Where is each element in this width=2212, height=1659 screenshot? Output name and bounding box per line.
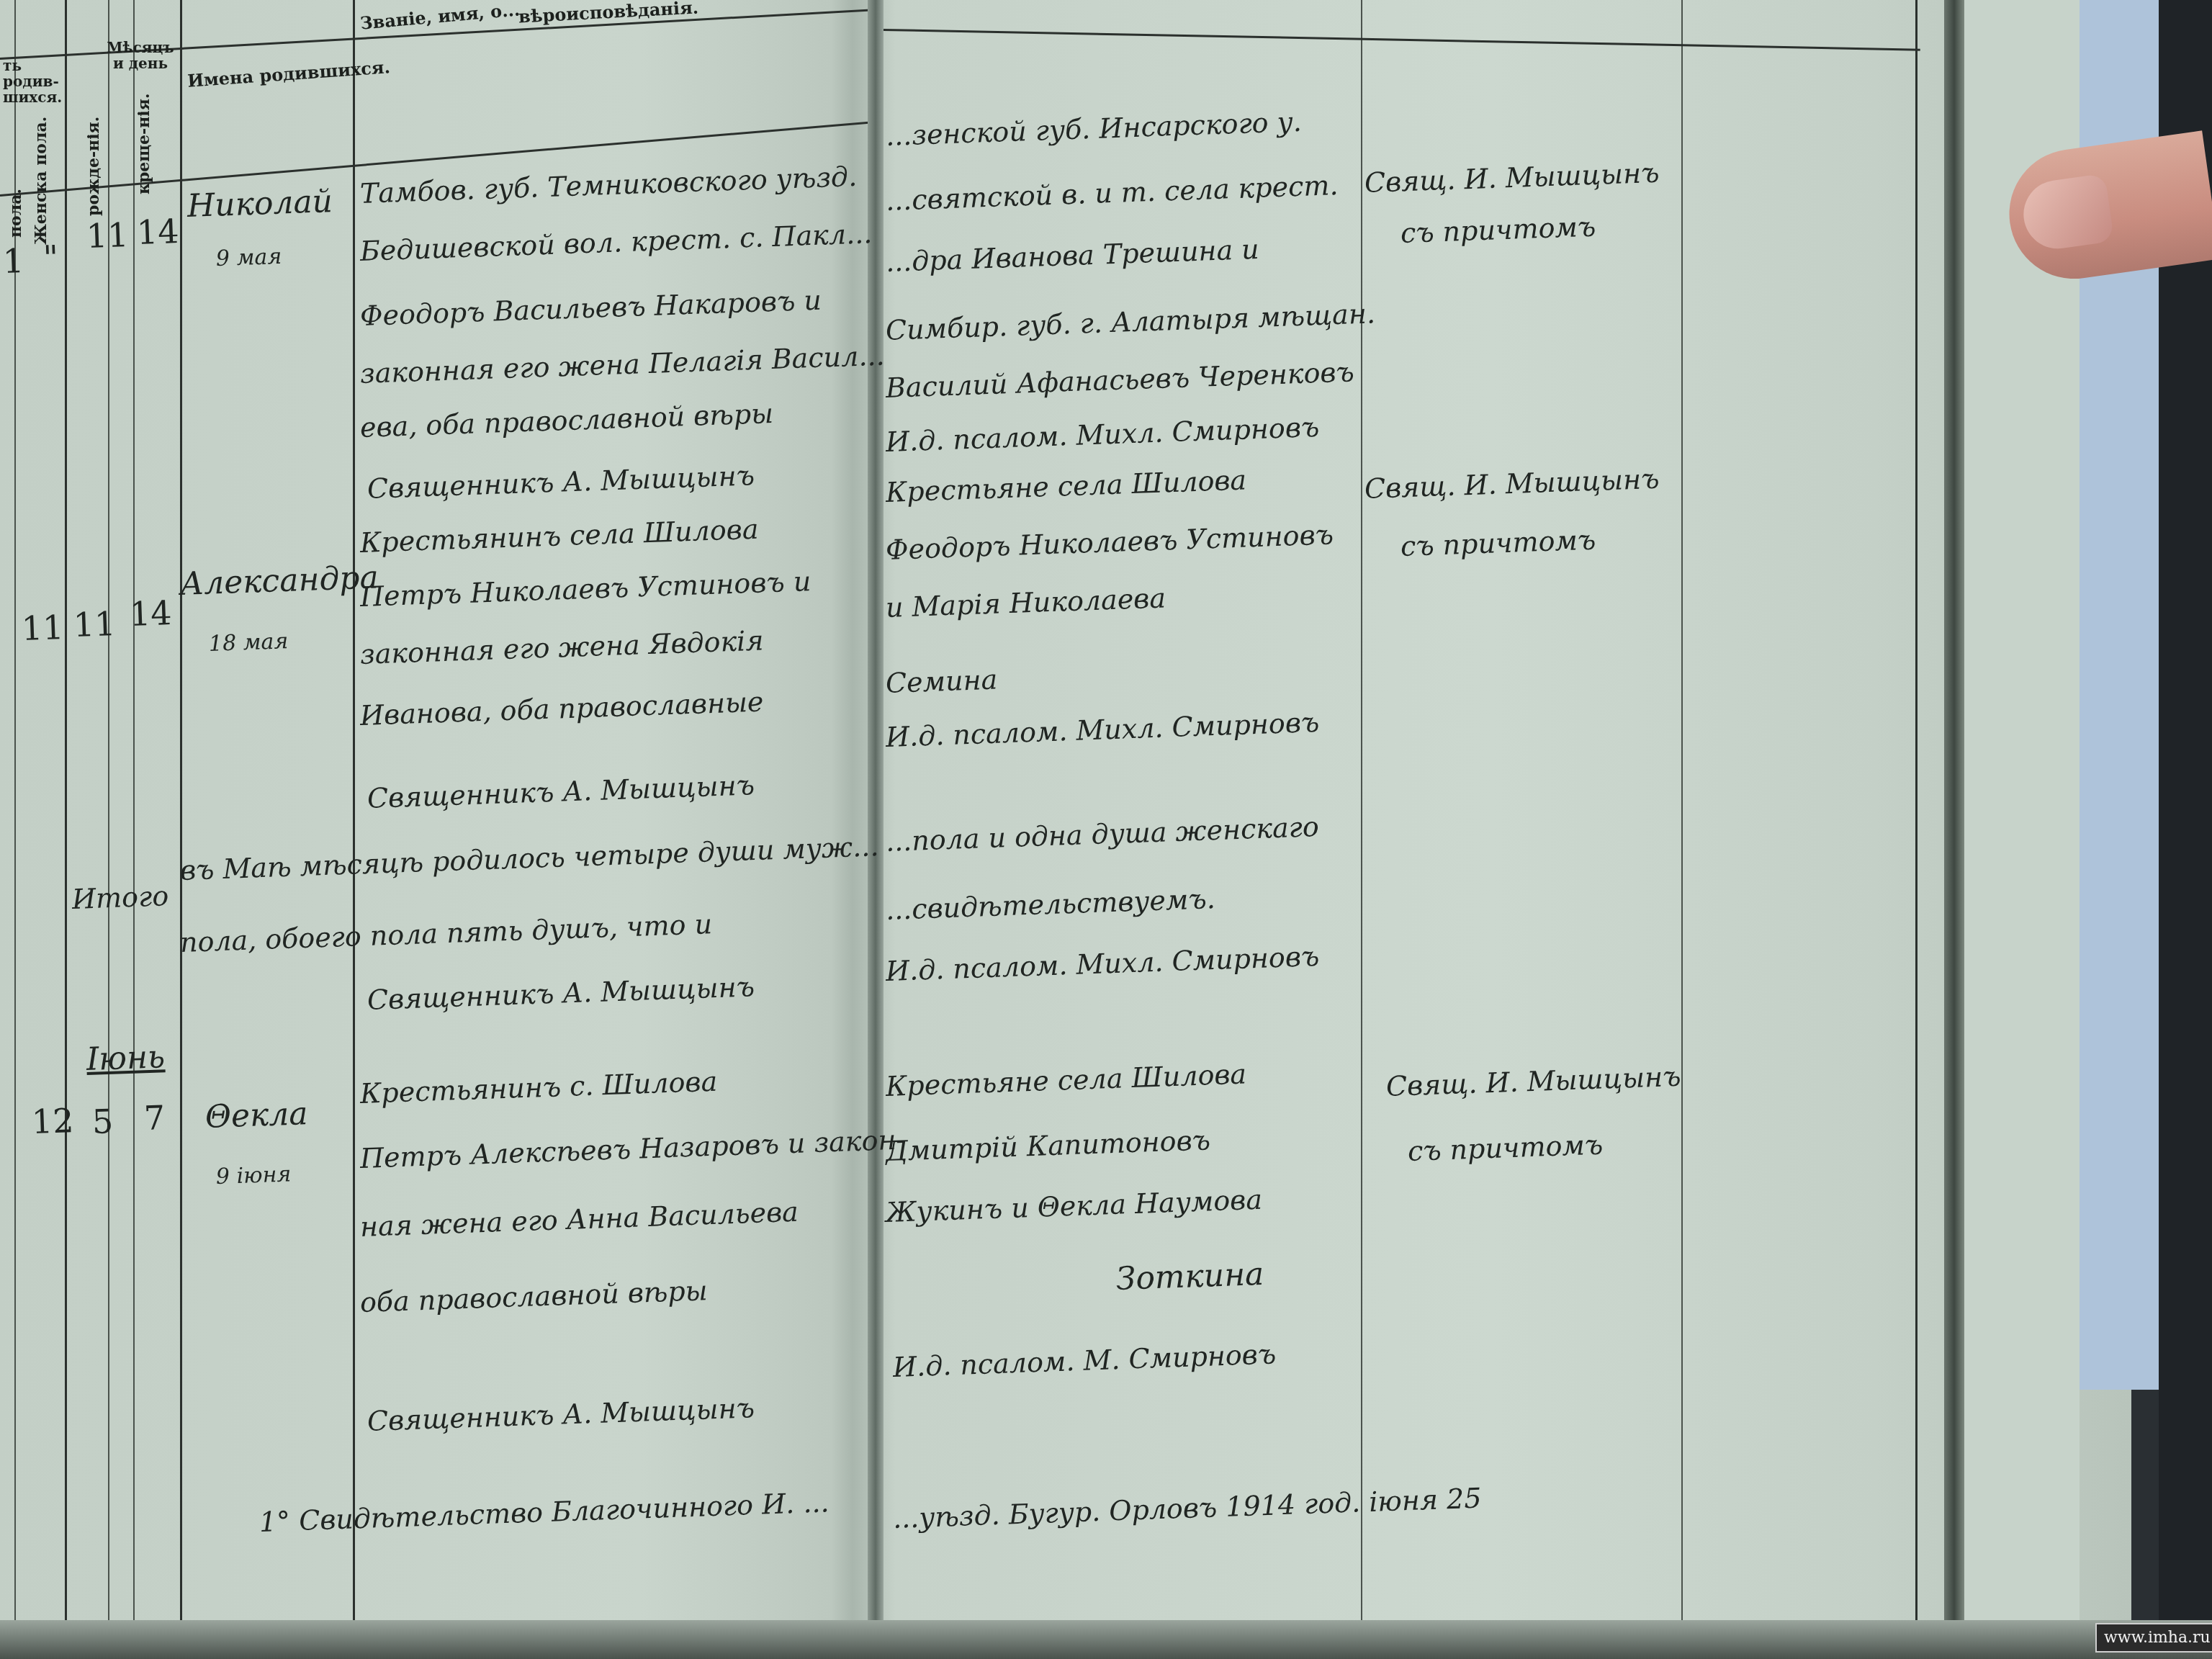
entry-1-parents-line: ева, оба православной вѣры bbox=[359, 400, 773, 441]
total-text-right: ...свидѣтельствуемъ. bbox=[885, 885, 1215, 924]
page-edge bbox=[1944, 0, 1964, 1659]
header-parents-faith: вѣроисповѣданія. bbox=[518, 0, 698, 27]
entry-3-godparents-line: И.д. псалом. М. Смирновъ bbox=[892, 1340, 1276, 1381]
header-month-day: Мѣсяцъ и день bbox=[101, 40, 180, 71]
entry-2-parents-line: Иванова, оба православные bbox=[359, 688, 764, 729]
entry-2-officiant: Свящ. И. Мышцынъ bbox=[1364, 465, 1660, 503]
entry-2-baptism-day: 14 bbox=[129, 596, 172, 631]
footer-certification-right: ...уѣзд. Бугур. Орловъ 1914 год. іюня 25 bbox=[892, 1484, 1482, 1532]
entry-2-godparents-line: Крестьяне села Шилова bbox=[885, 467, 1246, 506]
entry-3-name: Θекла bbox=[204, 1098, 308, 1133]
entry-1-godparents-line: ...святской в. и т. села крест. bbox=[885, 171, 1339, 215]
entry-1-name: Николай bbox=[186, 186, 333, 222]
entry-2-godparents-line: и Марія Николаева bbox=[885, 584, 1166, 621]
col-divider bbox=[1681, 0, 1683, 1620]
register-photo: ть родив-шихся. полa. Женска пола. Мѣсяц… bbox=[0, 0, 2131, 1659]
entry-3-officiant: съ причтомъ bbox=[1407, 1131, 1604, 1165]
entry-2-parents-line: Петръ Николаевъ Устиновъ и bbox=[359, 567, 811, 611]
footer-certification-left: 1° Свидѣтельство Благочинного И. ... bbox=[258, 1488, 829, 1536]
header-rule bbox=[884, 29, 1920, 51]
entry-1-godparents-line: И.д. псалом. Михл. Смирновъ bbox=[885, 413, 1319, 456]
total-label: Итого bbox=[71, 882, 168, 913]
total-text-left: въ Маѣ мѣсяцѣ родилось четыре души муж..… bbox=[179, 832, 879, 884]
entry-3-godparents-line: Дмитрій Капитоновъ bbox=[885, 1126, 1210, 1165]
entry-1-parents-signature: Священникъ А. Мышцынъ bbox=[367, 462, 755, 503]
entry-2-godparents-line: Семина bbox=[885, 666, 997, 697]
entry-2-parents-signature: Священникъ А. Мышцынъ bbox=[367, 771, 755, 812]
header-birth: рожде-нія. bbox=[85, 117, 102, 216]
entry-3-parents-line: Крестьянинъ с. Шилова bbox=[359, 1068, 717, 1107]
entry-2-female-no: 11 bbox=[73, 607, 116, 642]
entry-3-male-no: 12 bbox=[31, 1104, 74, 1138]
header-male: полa. bbox=[7, 189, 24, 238]
entry-1-officiant: Свящ. И. Мышцынъ bbox=[1364, 159, 1660, 197]
total-text-right: ...пола и одна душа женскаго bbox=[885, 813, 1319, 855]
entry-2-godparents-line: Феодоръ Николаевъ Устиновъ bbox=[885, 521, 1334, 564]
entry-2-male-no: 11 bbox=[21, 611, 64, 645]
total-text-left: пола, обоего пола пять душъ, что и bbox=[179, 910, 712, 956]
entry-1-baptism-day: 14 bbox=[136, 215, 179, 249]
header-parents: Званіе, имя, о... bbox=[359, 0, 521, 33]
entry-1-godparents-line: Василий Афанасьевъ Черенковъ bbox=[885, 358, 1354, 402]
entry-1-birth-day: 11 bbox=[86, 218, 129, 253]
entry-2-officiant: съ причтомъ bbox=[1400, 526, 1596, 560]
entry-1-male-no: 1 bbox=[2, 244, 24, 278]
header-names: Имена родившихся. bbox=[186, 58, 390, 91]
entry-1-parents-line: Феодоръ Васильевъ Накаровъ и bbox=[359, 287, 822, 330]
bottom-shadow bbox=[0, 1620, 2212, 1659]
entry-3-parents-line: оба православной вѣры bbox=[359, 1277, 708, 1316]
header-baptism: креще-нія. bbox=[135, 93, 153, 194]
col-divider bbox=[65, 0, 67, 1620]
entry-1-name-date: 9 мая bbox=[215, 246, 282, 270]
entry-2-parents-line: законная его жена Явдокія bbox=[359, 626, 764, 668]
entry-1-female-no: " bbox=[42, 240, 59, 274]
entry-2-godparents-line: И.д. псалом. Михл. Смирновъ bbox=[885, 709, 1319, 751]
entry-3-birth-day: 5 bbox=[91, 1105, 114, 1138]
total-signature-psalmist: И.д. псалом. Михл. Смирновъ bbox=[885, 943, 1319, 985]
entry-3-parents-signature: Священникъ А. Мышцынъ bbox=[367, 1394, 755, 1435]
entry-1-parents-line: законная его жена Пелагія Васил... bbox=[359, 342, 885, 387]
entry-1-officiant: съ причтомъ bbox=[1400, 213, 1596, 247]
col-divider bbox=[1915, 0, 1917, 1620]
entry-1-godparents-line: ...дра Иванова Трешина и bbox=[885, 235, 1259, 276]
entry-1-godparents-line: ...зенской губ. Инсарского у. bbox=[885, 108, 1302, 150]
entry-3-godparents-line: Зоткина bbox=[1115, 1259, 1264, 1295]
entry-3-godparents-line: Крестьяне села Шилова bbox=[885, 1061, 1246, 1100]
entry-2-name-date: 18 мая bbox=[208, 631, 288, 655]
header-female: Женска пола. bbox=[32, 117, 50, 245]
entry-3-name-date: 9 іюня bbox=[215, 1164, 291, 1188]
col-divider bbox=[1361, 0, 1362, 1620]
header-number: ть родив-шихся. bbox=[3, 58, 60, 105]
watermark: www.imha.ru bbox=[2095, 1623, 2212, 1653]
entry-1-parents-line: Бедишевской вол. крест. с. Пакл... bbox=[359, 220, 873, 265]
entry-1-godparents-line: Симбир. губ. г. Алатыря мѣщан. bbox=[885, 300, 1375, 344]
col-divider bbox=[353, 0, 355, 1620]
entry-3-parents-line: ная жена его Анна Васильева bbox=[359, 1198, 799, 1241]
entry-2-name: Александра bbox=[179, 562, 379, 601]
entry-3-baptism-day: 7 bbox=[143, 1101, 166, 1135]
thumbnail bbox=[2019, 174, 2114, 253]
col-divider bbox=[180, 0, 182, 1620]
entry-3-officiant: Свящ. И. Мышцынъ bbox=[1385, 1063, 1681, 1100]
entry-1-parents-line: Тамбов. губ. Темниковского уѣзд. bbox=[359, 163, 857, 207]
total-signature-priest: Священникъ А. Мышцынъ bbox=[367, 973, 755, 1014]
entry-3-parents-line: Петръ Алексѣевъ Назаровъ и закон- bbox=[359, 1126, 906, 1172]
entry-2-parents-line: Крестьянинъ села Шилова bbox=[359, 516, 759, 557]
col-divider bbox=[133, 0, 135, 1620]
entry-3-godparents-line: Жукинъ и Θекла Наумова bbox=[885, 1186, 1262, 1226]
month-marker-june: Іюнь bbox=[86, 1041, 166, 1076]
